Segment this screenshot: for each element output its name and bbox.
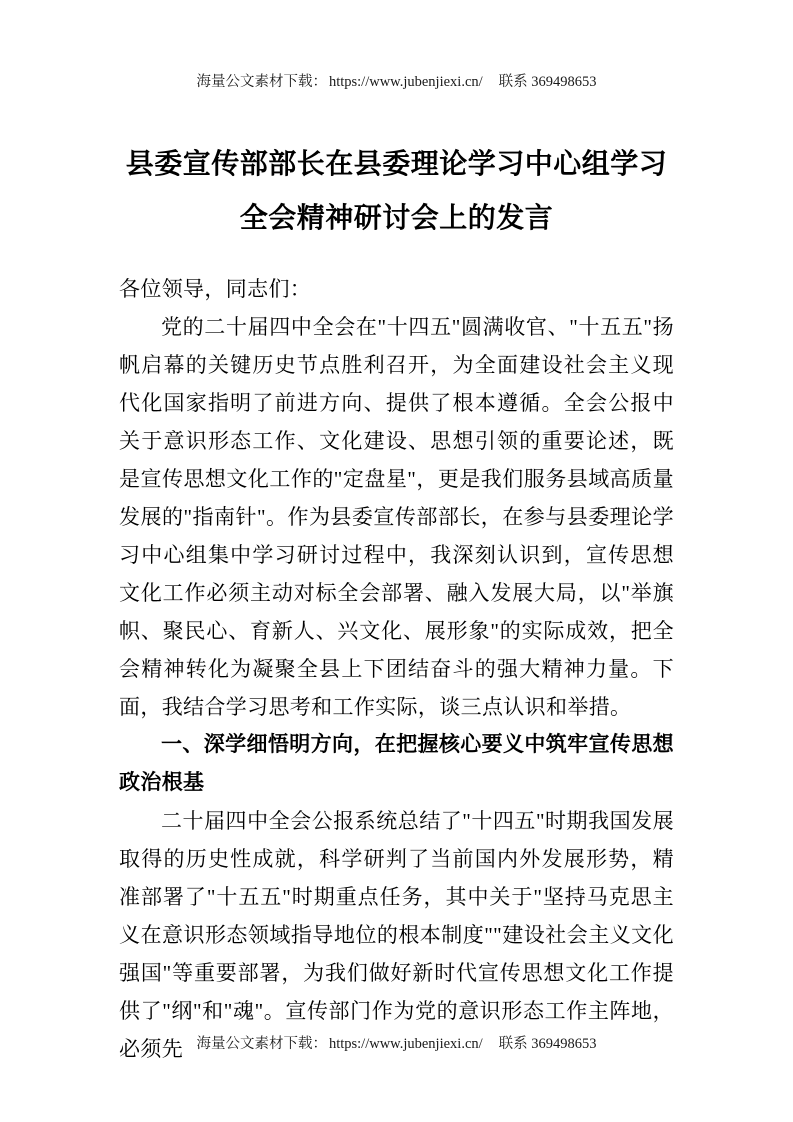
body-paragraph-2: 二十届四中全会公报系统总结了"十四五"时期我国发展取得的历史性成就，科学研判了当… (119, 802, 674, 1068)
document-page: 海量公文素材下载：https://www.jubenjiexi.cn/联系 36… (0, 0, 793, 1122)
document-body: 各位领导，同志们： 党的二十届四中全会在"十四五"圆满收官、"十五五"扬帆启幕的… (119, 270, 674, 1068)
footer-label: 海量公文素材下载： (196, 1036, 327, 1052)
page-header: 海量公文素材下载：https://www.jubenjiexi.cn/联系 36… (119, 72, 674, 92)
body-paragraph-1: 党的二十届四中全会在"十四五"圆满收官、"十五五"扬帆启幕的关键历史节点胜利召开… (119, 308, 674, 726)
page-footer: 海量公文素材下载：https://www.jubenjiexi.cn/联系 36… (0, 1034, 793, 1054)
section-heading-1: 一、深学细悟明方向，在把握核心要义中筑牢宣传思想政治根基 (119, 726, 674, 802)
footer-contact: 联系 369498653 (499, 1036, 597, 1052)
header-contact: 联系 369498653 (499, 74, 597, 90)
footer-url: https://www.jubenjiexi.cn/ (329, 1036, 483, 1052)
document-title: 县委宣传部部长在县委理论学习中心组学习全会精神研讨会上的发言 (119, 138, 674, 246)
header-label: 海量公文素材下载： (196, 74, 327, 90)
greeting-paragraph: 各位领导，同志们： (119, 270, 674, 308)
header-url: https://www.jubenjiexi.cn/ (329, 74, 483, 90)
